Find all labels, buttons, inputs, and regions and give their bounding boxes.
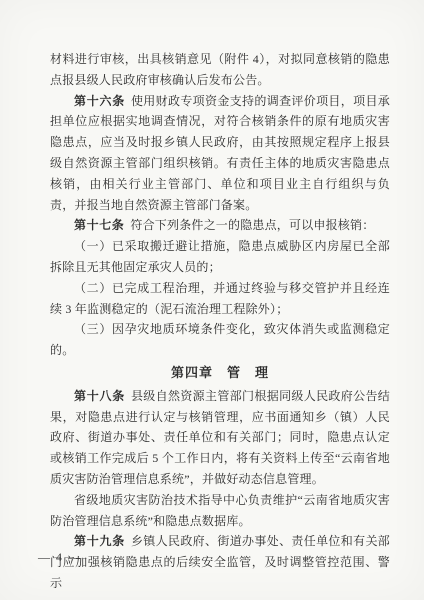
paragraph: 第十九条乡镇人民政府、街道办事处、责任单位和有关部门应加强核销隐患点的后续安全监… (50, 531, 390, 593)
article-number: 第十七条 (74, 218, 130, 232)
paragraph-text: 符合下列条件之一的隐患点，可以申报核销： (130, 218, 374, 232)
chapter-heading: 第四章 管 理 (50, 363, 390, 384)
paragraph-text: 省级地质灾害防治技术指导中心负责维护“云南省地质灾害防治管理信息系统”和隐患点数… (50, 493, 390, 528)
paragraph: 材料进行审核，出具核销意见（附件 4），对拟同意核销的隐患点报县级人民政府审核确… (50, 49, 390, 91)
document-content: 材料进行审核，出具核销意见（附件 4），对拟同意核销的隐患点报县级人民政府审核确… (50, 49, 390, 594)
article-number: 第十九条 (74, 534, 131, 548)
page-number: — 4 — (38, 550, 82, 565)
paragraph: （三）因孕灾地质环境条件变化，致灾体消失或监测稳定的。 (50, 319, 390, 361)
paragraph-text: 材料进行审核，出具核销意见（附件 4），对拟同意核销的隐患点报县级人民政府审核确… (50, 52, 390, 87)
paragraph: 第十七条符合下列条件之一的隐患点，可以申报核销： (50, 215, 390, 236)
article-number: 第十六条 (74, 94, 131, 108)
paragraph: （一）已采取搬迁避让措施，隐患点威胁区内房屋已全部拆除且无其他固定承灾人员的； (50, 236, 390, 278)
paragraph-text: 县级自然资源主管部门根据同级人民政府公告结果，对隐患点进行认定与核销管理，应书面… (50, 389, 390, 486)
article-number: 第十八条 (74, 389, 131, 403)
paragraph: 省级地质灾害防治技术指导中心负责维护“云南省地质灾害防治管理信息系统”和隐患点数… (50, 490, 390, 532)
paragraph-text: （三）因孕灾地质环境条件变化，致灾体消失或监测稳定的。 (50, 322, 390, 357)
document-page: 材料进行审核，出具核销意见（附件 4），对拟同意核销的隐患点报县级人民政府审核确… (0, 0, 424, 600)
paragraph-text: （一）已采取搬迁避让措施，隐患点威胁区内房屋已全部拆除且无其他固定承灾人员的； (50, 239, 390, 274)
paragraph-text: 使用财政专项资金支持的调查评价项目，项目承担单位应根据实地调查情况，对符合核销条… (50, 94, 390, 212)
paragraph-text: （二）已完成工程治理，并通过终验与移交管护并且经连续 3 年监测稳定的（泥石流治… (50, 281, 390, 316)
paragraph: 第十六条使用财政专项资金支持的调查评价项目，项目承担单位应根据实地调查情况，对符… (50, 91, 390, 216)
paragraph: （二）已完成工程治理，并通过终验与移交管护并且经连续 3 年监测稳定的（泥石流治… (50, 278, 390, 320)
paragraph: 第十八条县级自然资源主管部门根据同级人民政府公告结果，对隐患点进行认定与核销管理… (50, 386, 390, 490)
